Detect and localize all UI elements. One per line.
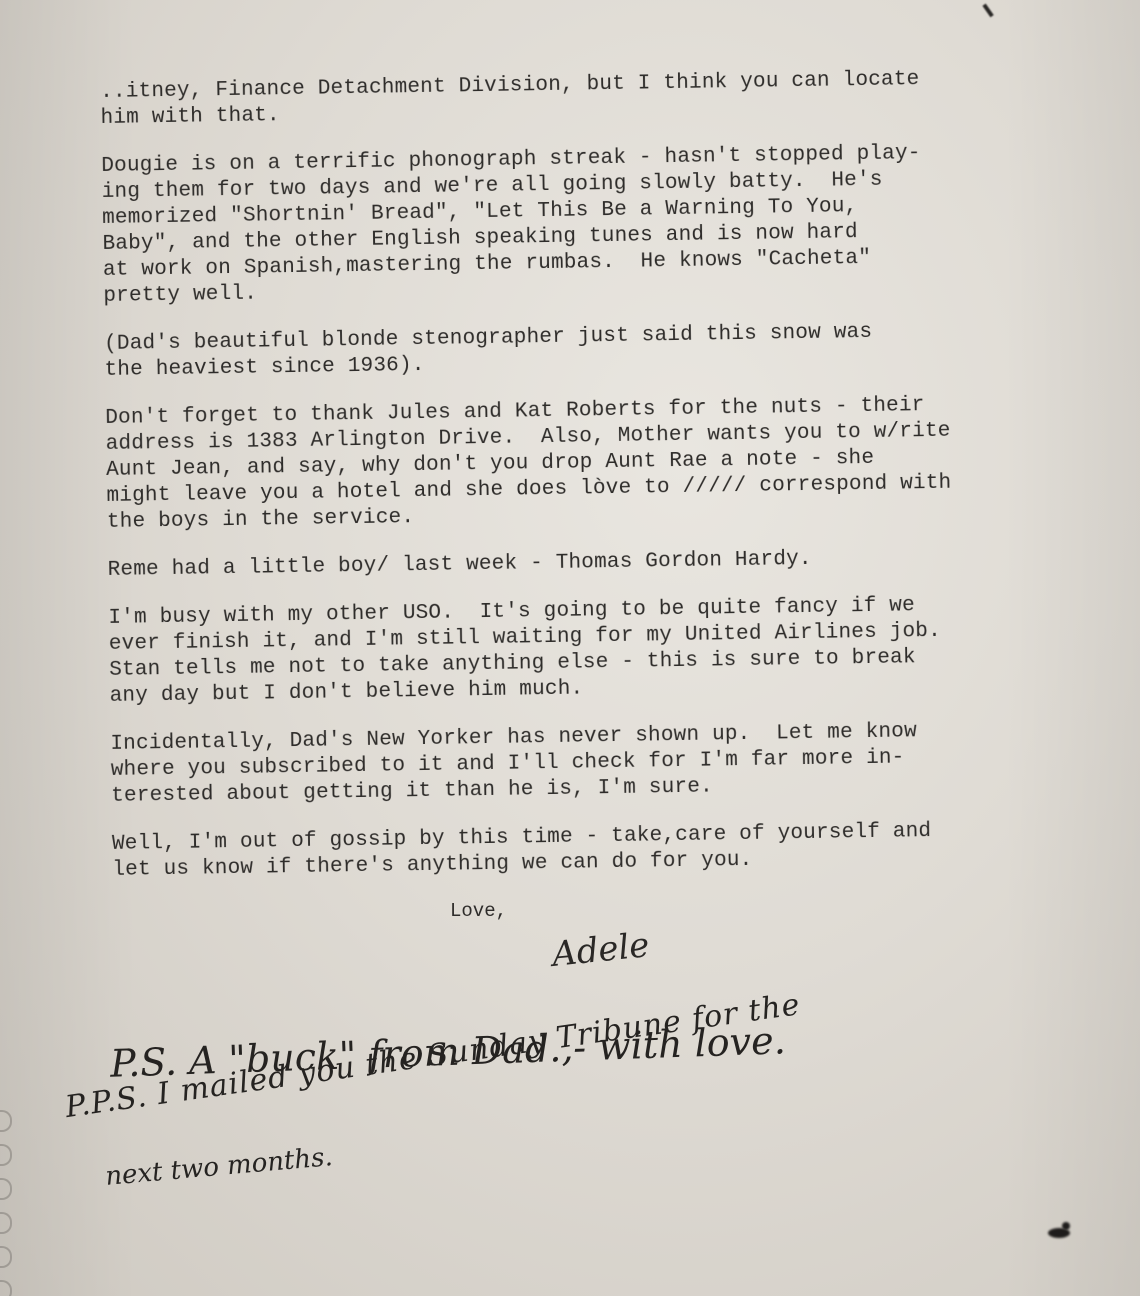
letter-paragraph: Well, I'm out of gossip by this time - t… — [112, 817, 1093, 884]
ink-blot — [1062, 1222, 1070, 1230]
typed-body: ..itney, Finance Detachment Division, bu… — [100, 65, 1093, 906]
letter-paragraph: Incidentally, Dad's New Yorker has never… — [110, 717, 1091, 810]
spiral-binding — [0, 1110, 14, 1296]
closing: Love, — [450, 900, 507, 922]
letter-paragraph: ..itney, Finance Detachment Division, bu… — [100, 65, 1081, 132]
typed-line: Reme had a little boy/ last week - Thoma… — [108, 543, 1088, 584]
ink-mark — [982, 0, 1003, 17]
letter-paragraph: Don't forget to thank Jules and Kat Robe… — [105, 391, 1087, 536]
handwritten-pps-line-2: next two months. — [104, 1142, 334, 1192]
signature: Adele — [550, 925, 651, 975]
letter-paragraph: Dougie is on a terrific phonograph strea… — [101, 139, 1083, 310]
letter-paragraph: Reme had a little boy/ last week - Thoma… — [108, 543, 1088, 584]
letter-page: ..itney, Finance Detachment Division, bu… — [0, 0, 1140, 1296]
letter-paragraph: I'm busy with my other USO. It's going t… — [108, 591, 1090, 710]
letter-paragraph: (Dad's beautiful blonde stenographer jus… — [104, 317, 1085, 384]
